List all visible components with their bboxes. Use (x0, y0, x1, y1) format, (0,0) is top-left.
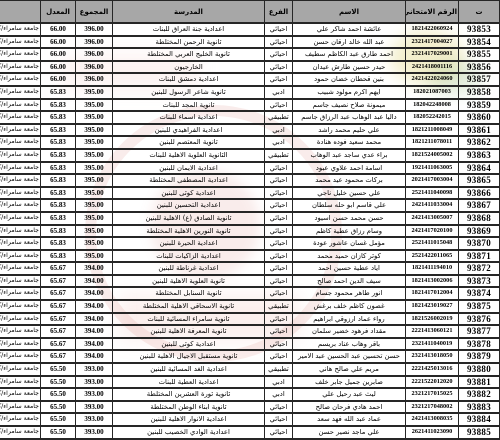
cell-average: 65.50 (41, 363, 76, 376)
cell-total: 395.00 (76, 174, 113, 187)
cell-school: ثانوية مستقبل الاجيال الاهلية للبنين (113, 350, 265, 363)
cell-seq: 93861 (459, 124, 500, 137)
cell-name: رواء عماد ارزوقي ابراهيم (293, 313, 406, 326)
cell-name: حيدر حسين طارش عيدان (293, 61, 406, 74)
cell-branch: احيائي (265, 275, 293, 288)
cell-branch: احيائي (265, 36, 293, 49)
cell-branch: احيائي (265, 250, 293, 263)
cell-branch: احيائي (265, 262, 293, 275)
cell-total: 393.00 (76, 413, 113, 426)
cell-exam_no: 2521422011065 (406, 250, 459, 263)
cell-acceptance: جامعة سامراء/كلية التربية (0, 162, 41, 175)
cell-average: 65.67 (41, 350, 76, 363)
cell-school: ثانوية العلوية الاهلية للبنين (113, 275, 265, 288)
cell-acceptance: جامعة سامراء/كلية التربية (0, 250, 41, 263)
cell-seq: 93885 (459, 426, 500, 439)
header-branch: الفرع (265, 1, 293, 24)
cell-total: 396.00 (76, 23, 113, 36)
cell-school: اعدادية الفراهيدي للبنين (113, 124, 265, 137)
cell-branch: ادبي (265, 124, 293, 137)
cell-school: اعدادية كوثى للبنين (113, 338, 265, 351)
cell-name: بركات محمود عيد محمد (293, 174, 406, 187)
cell-seq: 93882 (459, 388, 500, 401)
table-row: 938741821417012004انور طاهر محمود جساماح… (0, 287, 500, 300)
cell-acceptance: جامعة سامراء/كلية التربية (0, 36, 41, 49)
cell-exam_no: 2221413060121 (406, 325, 459, 338)
table-row: 938672421411033004علي قاسم ابو حله سلطان… (0, 199, 500, 212)
cell-total: 396.00 (76, 36, 113, 49)
cell-name: مريم علي صالح هاني (293, 363, 406, 376)
cell-total: 396.00 (76, 48, 113, 61)
cell-name: كوثر كازان حميد محمد (293, 250, 406, 263)
cell-branch: احيائي (265, 287, 293, 300)
cell-school: ثانوية النورين الاهلية المختلطة (113, 225, 265, 238)
cell-name: مقداد فرهود خضير سلمان (293, 325, 406, 338)
cell-seq: 93875 (459, 300, 500, 313)
results-page: ت الرقم الامتحاني الاسم الفرع المدرسة ال… (0, 0, 500, 440)
cell-branch: احيائي (265, 99, 293, 112)
cell-branch: ادبي (265, 376, 293, 389)
cell-acceptance: جامعة سامراء/كلية التربية (0, 111, 41, 124)
cell-seq: 93880 (459, 363, 500, 376)
table-row: 938832321217048002احمد هادي فرحان صالحاح… (0, 401, 500, 414)
cell-total: 395.00 (76, 99, 113, 112)
cell-school: اعدادية اسماء للبنات (113, 111, 265, 124)
cell-total: 393.00 (76, 363, 113, 376)
cell-branch: احيائي (265, 225, 293, 238)
cell-seq: 93862 (459, 136, 500, 149)
cell-total: 394.00 (76, 350, 113, 363)
cell-acceptance: جامعة سامراء/كلية التربية (0, 174, 41, 187)
cell-acceptance: جامعة سامراء/كلية التربية (0, 313, 41, 326)
table-row: 938641921411063005اسامة احمد علاوي عبودا… (0, 162, 500, 175)
cell-total: 395.00 (76, 237, 113, 250)
cell-exam_no: 2321417029001 (406, 48, 459, 61)
table-row: 938761821526002019رواء عماد ارزوقي ابراه… (0, 313, 500, 326)
cell-school: اعدادية الايمان للبنين (113, 162, 265, 175)
cell-total: 395.00 (76, 187, 113, 200)
cell-acceptance: جامعة سامراء/كلية التربية (0, 325, 41, 338)
cell-total: 393.00 (76, 426, 113, 439)
cell-exam_no: 2421411033004 (406, 199, 459, 212)
cell-branch: احيائي (265, 61, 293, 74)
cell-branch: احيائي (265, 350, 293, 363)
cell-average: 65.83 (41, 136, 76, 149)
cell-name: محمد سعيد فوده هنادة (293, 136, 406, 149)
cell-school: اعدادية الوادي الخصيب للبنين (113, 426, 265, 439)
cell-total: 393.00 (76, 388, 113, 401)
cell-seq: 93866 (459, 187, 500, 200)
cell-name: احمد طارق عبد الكاظم سطيف (293, 48, 406, 61)
cell-branch: احيائي (265, 48, 293, 61)
cell-average: 65.83 (41, 111, 76, 124)
table-row: 938822321217015025ليث عبد رحيل عليادبيثا… (0, 388, 500, 401)
results-body: 938531821422060924عائشة احمد شاكر علياحي… (0, 23, 500, 439)
cell-branch: احيائي (265, 174, 293, 187)
cell-school: اعدادية الانوار الاهلية للبنين (113, 413, 265, 426)
cell-acceptance: جامعة سامراء/كلية التربية (0, 376, 41, 389)
cell-branch: احيائي (265, 338, 293, 351)
cell-seq: 93879 (459, 350, 500, 363)
header-name: الاسم (293, 1, 406, 24)
cell-name: حسن تحسين عبد الحسين عبد الامير (293, 350, 406, 363)
cell-school: ثانوية السنابل المختلطة (113, 287, 265, 300)
cell-average: 65.83 (41, 212, 76, 225)
cell-name: ميمونة صلاح نصيف جاسم (293, 99, 406, 112)
cell-acceptance: جامعة سامراء/كلية التربية (0, 61, 41, 74)
cell-average: 65.83 (41, 237, 76, 250)
table-row: 93859182042248008ميمونة صلاح نصيف جاسماح… (0, 99, 500, 112)
cell-seq: 93868 (459, 212, 500, 225)
cell-name: ايهم اكرم مولود شبيب (293, 86, 406, 99)
cell-average: 65.83 (41, 174, 76, 187)
cell-exam_no: 1821211008049 (406, 124, 459, 137)
cell-average: 65.83 (41, 162, 76, 175)
cell-exam_no: 2421413008035 (406, 413, 459, 426)
table-row: 938782321411040019باقر وهاب عناد بريسماح… (0, 338, 500, 351)
cell-exam_no: 2321217015025 (406, 388, 459, 401)
cell-seq: 93876 (459, 313, 500, 326)
cell-total: 395.00 (76, 199, 113, 212)
cell-name: انور طاهر محمود جسام (293, 287, 406, 300)
table-row: 938792321413018050حسن تحسين عبد الحسين ع… (0, 350, 500, 363)
header-acceptance (0, 1, 41, 24)
cell-name: ليث عبد رحيل علي (293, 388, 406, 401)
cell-average: 65.83 (41, 86, 76, 99)
cell-average: 65.67 (41, 300, 76, 313)
cell-branch: احيائي (265, 73, 293, 86)
cell-exam_no: 2021417003004 (406, 174, 459, 187)
cell-name: علي ماجد نصير حسن (293, 426, 406, 439)
cell-acceptance: جامعة سامراء/كلية التربية (0, 149, 41, 162)
cell-branch: ادبي (265, 86, 293, 99)
cell-average: 65.50 (41, 413, 76, 426)
header-seq: ت (459, 1, 500, 24)
cell-total: 395.00 (76, 149, 113, 162)
cell-average: 65.50 (41, 376, 76, 389)
cell-average: 65.67 (41, 287, 76, 300)
cell-seq: 93870 (459, 237, 500, 250)
cell-average: 65.50 (41, 426, 76, 439)
cell-total: 395.00 (76, 124, 113, 137)
cell-exam_no: 2321417004027 (406, 36, 459, 49)
cell-seq: 93883 (459, 401, 500, 414)
cell-acceptance: جامعة سامراء/كلية التربية (0, 275, 41, 288)
cell-seq: 93867 (459, 199, 500, 212)
cell-average: 65.83 (41, 225, 76, 238)
table-row: 938662521411040098علي حسين خليل ناجياحيا… (0, 187, 500, 200)
cell-school: اعدادية الزاكيات للبنات (113, 250, 265, 263)
cell-school: ثانوية الخليج العربي المختلطة (113, 48, 265, 61)
cell-school: اعدادية جنة العراق للبنات (113, 23, 265, 36)
cell-branch: احيائي (265, 162, 293, 175)
table-row: 938802221425013016مريم علي صالح هانيتطبي… (0, 363, 500, 376)
table-row: 938852621411023090علي ماجد نصير حسناحيائ… (0, 426, 500, 439)
cell-total: 395.00 (76, 212, 113, 225)
cell-total: 394.00 (76, 325, 113, 338)
cell-exam_no: 1821422060924 (406, 23, 459, 36)
cell-seq: 93871 (459, 250, 500, 263)
cell-exam_no: 1821417012004 (406, 287, 459, 300)
cell-exam_no: 182021087003 (406, 86, 459, 99)
cell-exam_no: 2221522012020 (406, 376, 459, 389)
cell-school: اعدادية غرناطة للبنين (113, 262, 265, 275)
cell-exam_no: 1921411063005 (406, 162, 459, 175)
cell-branch: احيائي (265, 23, 293, 36)
cell-total: 394.00 (76, 300, 113, 313)
cell-school: ثانوية المعتصم للبنين (113, 136, 265, 149)
cell-branch: احيائي (265, 325, 293, 338)
cell-exam_no: 2321217048002 (406, 401, 459, 414)
cell-total: 395.00 (76, 86, 113, 99)
cell-school: اعدادية المصطفى المختلطة (113, 174, 265, 187)
table-row: 93860182052242015داليا عبد الوهاب عبد ال… (0, 111, 500, 124)
cell-school: ثانوية ثورة العشرين المختلطة (113, 388, 265, 401)
cell-school: اعدادية العطية للبنات (113, 376, 265, 389)
cell-exam_no: 2421422024060 (406, 73, 459, 86)
cell-school: اعدادية التحسين للبنين (113, 199, 265, 212)
cell-seq: 93857 (459, 73, 500, 86)
cell-average: 65.67 (41, 275, 76, 288)
cell-name: براء عدي ساجد عبد الوهاب (293, 149, 406, 162)
cell-seq: 93872 (459, 262, 500, 275)
cell-name: حسن محمد حسن اسيود (293, 212, 406, 225)
cell-exam_no: 2421413005007 (406, 212, 459, 225)
cell-name: اسامة احمد علاوي عبود (293, 162, 406, 175)
cell-name: صابرين جميل جابر خلف (293, 376, 406, 389)
cell-total: 393.00 (76, 401, 113, 414)
table-row: 938842421413008035عماد عبد الله فهد سعدا… (0, 413, 500, 426)
cell-school: اعدادية الغد المسائية للبنين (113, 363, 265, 376)
cell-acceptance: جامعة سامراء/كلية التربية (0, 363, 41, 376)
cell-branch: احيائي (265, 313, 293, 326)
header-total: المجموع (76, 1, 113, 24)
cell-exam_no: 2321411040019 (406, 338, 459, 351)
cell-average: 65.83 (41, 149, 76, 162)
cell-school: الثانوية العلوية الاهلية للبنات (113, 149, 265, 162)
header-average: المعدل (41, 1, 76, 24)
header-school: المدرسة (113, 1, 265, 24)
cell-seq: 93856 (459, 61, 500, 74)
cell-name: اياد عطية حسين احمد (293, 262, 406, 275)
cell-acceptance: جامعة سامراء/كلية التربية (0, 136, 41, 149)
cell-name: بنين قحطان خضان حمود (293, 73, 406, 86)
table-row: 938562421418001116حيدر حسين طارش عيداناح… (0, 61, 500, 74)
cell-name: مؤمل غسان عاشور عودة (293, 237, 406, 250)
cell-branch: ادبي (265, 136, 293, 149)
cell-seq: 93869 (459, 225, 500, 238)
header-exam-no: الرقم الامتحاني (406, 1, 459, 24)
cell-total: 395.00 (76, 111, 113, 124)
cell-seq: 93859 (459, 99, 500, 112)
cell-school: الخارجيون (113, 61, 265, 74)
cell-acceptance: جامعة سامراء/كلية التربية (0, 401, 41, 414)
cell-average: 65.83 (41, 199, 76, 212)
cell-acceptance: جامعة سامراء/كلية التربية (0, 426, 41, 439)
cell-school: ثانوية المعرفة الاهلية للبنين (113, 325, 265, 338)
cell-name: عائشة احمد شاكر علي (293, 23, 406, 36)
cell-branch: احيائي (265, 426, 293, 439)
cell-total: 394.00 (76, 287, 113, 300)
cell-average: 65.83 (41, 99, 76, 112)
cell-acceptance: جامعة سامراء/كلية التربية (0, 237, 41, 250)
table-row: 938772221413060121مقداد فرهود خضير سلمان… (0, 325, 500, 338)
cell-acceptance: جامعة سامراء/كلية التربية (0, 413, 41, 426)
table-row: 938552321417029001احمد طارق عبد الكاظم س… (0, 48, 500, 61)
cell-acceptance: جامعة سامراء/كلية التربية (0, 124, 41, 137)
cell-name: علي حليم محمد راشد (293, 124, 406, 137)
table-row: 938731821413002006سيف الدين احمد صالحاحي… (0, 275, 500, 288)
cell-total: 394.00 (76, 262, 113, 275)
cell-school: ثانوية الصادق (ع) الاهلية للبنين (113, 212, 265, 225)
cell-seq: 93854 (459, 36, 500, 49)
cell-acceptance: جامعة سامراء/كلية التربية (0, 262, 41, 275)
cell-branch: احيائي (265, 401, 293, 414)
cell-school: ثانوية شاعر الرسول للبنين (113, 86, 265, 99)
cell-acceptance: جامعة سامراء/كلية التربية (0, 23, 41, 36)
cell-acceptance: جامعة سامراء/كلية التربية (0, 73, 41, 86)
cell-acceptance: جامعة سامراء/كلية التربية (0, 225, 41, 238)
cell-total: 395.00 (76, 162, 113, 175)
cell-seq: 93855 (459, 48, 500, 61)
cell-branch: احيائي (265, 413, 293, 426)
cell-branch: احيائي (265, 237, 293, 250)
cell-exam_no: 1821411194010 (406, 262, 459, 275)
cell-average: 65.50 (41, 401, 76, 414)
cell-average: 65.67 (41, 262, 76, 275)
cell-school: ثانوية المجد للبنات (113, 99, 265, 112)
cell-branch: تطبيقي (265, 149, 293, 162)
cell-school: ثانوية الرحمن المختلطة (113, 36, 265, 49)
cell-exam_no: 2421418001116 (406, 61, 459, 74)
cell-branch: تطبيقي (265, 300, 293, 313)
table-row: 938692421417020100وسام رزاق عطية كاظماحي… (0, 225, 500, 238)
cell-seq: 93864 (459, 162, 500, 175)
table-row: 938611821211008049علي حليم محمد راشدادبي… (0, 124, 500, 137)
cell-average: 66.00 (41, 36, 76, 49)
exam-results-table: ت الرقم الامتحاني الاسم الفرع المدرسة ال… (0, 0, 500, 440)
cell-branch: ادبي (265, 388, 293, 401)
cell-exam_no: 1821524005002 (406, 149, 459, 162)
cell-name: غصون كاظم خلف برغش (293, 300, 406, 313)
table-row: 938751821423019027غصون كاظم خلف برغشتطبي… (0, 300, 500, 313)
cell-seq: 93884 (459, 413, 500, 426)
cell-seq: 93881 (459, 376, 500, 389)
table-row: 938652021417003004بركات محمود عيد محمداح… (0, 174, 500, 187)
table-row: 938621821211078011محمد سعيد فوده هنادةاد… (0, 136, 500, 149)
cell-average: 66.00 (41, 48, 76, 61)
cell-average: 65.83 (41, 124, 76, 137)
cell-average: 65.67 (41, 313, 76, 326)
cell-name: علي حسين خليل ناجي (293, 187, 406, 200)
cell-average: 66.00 (41, 61, 76, 74)
cell-seq: 93874 (459, 287, 500, 300)
cell-total: 394.00 (76, 275, 113, 288)
cell-total: 394.00 (76, 313, 113, 326)
cell-total: 393.00 (76, 376, 113, 389)
cell-acceptance: جامعة سامراء/كلية التربية (0, 338, 41, 351)
cell-exam_no: 1821423019027 (406, 300, 459, 313)
table-row: 938631821524005002براء عدي ساجد عبد الوه… (0, 149, 500, 162)
cell-total: 396.00 (76, 73, 113, 86)
table-row: 938682421413005007حسن محمد حسن اسيوداحيا… (0, 212, 500, 225)
cell-school: ثانوية ابناء الوطن المختلطة (113, 401, 265, 414)
cell-acceptance: جامعة سامراء/كلية التربية (0, 212, 41, 225)
cell-acceptance: جامعة سامراء/كلية التربية (0, 388, 41, 401)
cell-average: 65.67 (41, 338, 76, 351)
cell-acceptance: جامعة سامراء/كلية التربية (0, 350, 41, 363)
cell-seq: 93863 (459, 149, 500, 162)
cell-exam_no: 2321413018050 (406, 350, 459, 363)
cell-exam_no: 1821526002019 (406, 313, 459, 326)
cell-average: 66.00 (41, 73, 76, 86)
cell-name: وسام رزاق عطية كاظم (293, 225, 406, 238)
cell-name: باقر وهاب عناد بريسم (293, 338, 406, 351)
cell-seq: 93878 (459, 338, 500, 351)
cell-name: احمد هادي فرحان صالح (293, 401, 406, 414)
cell-exam_no: 1821211078011 (406, 136, 459, 149)
cell-school: اعدادية الحيرة للبنين (113, 237, 265, 250)
cell-acceptance: جامعة سامراء/كلية التربية (0, 187, 41, 200)
cell-seq: 93877 (459, 325, 500, 338)
cell-total: 395.00 (76, 136, 113, 149)
cell-exam_no: 2521411015048 (406, 237, 459, 250)
cell-seq: 93873 (459, 275, 500, 288)
cell-seq: 93860 (459, 111, 500, 124)
cell-branch: احيائي (265, 212, 293, 225)
table-row: 938542321417004027عبد الله خالد ارقان حس… (0, 36, 500, 49)
cell-name: داليا عبد الوهاب عبد الرزاق جاسم (293, 111, 406, 124)
cell-average: 65.50 (41, 388, 76, 401)
cell-seq: 93865 (459, 174, 500, 187)
cell-average: 65.67 (41, 325, 76, 338)
cell-seq: 93858 (459, 86, 500, 99)
cell-total: 395.00 (76, 250, 113, 263)
cell-exam_no: 2521411040098 (406, 187, 459, 200)
cell-acceptance: جامعة سامراء/كلية التربية (0, 86, 41, 99)
table-row: 938531821422060924عائشة احمد شاكر علياحي… (0, 23, 500, 36)
cell-total: 395.00 (76, 225, 113, 238)
cell-seq: 93853 (459, 23, 500, 36)
cell-exam_no: 1821413002006 (406, 275, 459, 288)
cell-acceptance: جامعة سامراء/كلية التربية (0, 48, 41, 61)
cell-school: اعدادية كوثى للبنين (113, 187, 265, 200)
cell-exam_no: 182052242015 (406, 111, 459, 124)
cell-branch: احيائي (265, 187, 293, 200)
table-row: 938721821411194010اياد عطية حسين احمداحي… (0, 262, 500, 275)
cell-acceptance: جامعة سامراء/كلية التربية (0, 300, 41, 313)
cell-exam_no: 2421417020100 (406, 225, 459, 238)
cell-acceptance: جامعة سامراء/كلية التربية (0, 199, 41, 212)
cell-name: سيف الدين احمد صالح (293, 275, 406, 288)
cell-name: عماد عبد الله فهد سعد (293, 413, 406, 426)
cell-exam_no: 2621411023090 (406, 426, 459, 439)
cell-exam_no: 2221425013016 (406, 363, 459, 376)
header-row: ت الرقم الامتحاني الاسم الفرع المدرسة ال… (0, 1, 500, 24)
cell-total: 394.00 (76, 338, 113, 351)
cell-name: عبد الله خالد ارقان حسن (293, 36, 406, 49)
table-header: ت الرقم الامتحاني الاسم الفرع المدرسة ال… (0, 1, 500, 24)
cell-average: 65.83 (41, 250, 76, 263)
cell-branch: احيائي (265, 199, 293, 212)
cell-exam_no: 182042248008 (406, 99, 459, 112)
cell-average: 66.00 (41, 23, 76, 36)
cell-school: ثانوية سامراء المسائية للبنات (113, 313, 265, 326)
table-row: 938702521411015048مؤمل غسان عاشور عودةاح… (0, 237, 500, 250)
cell-branch: تطبيقي (265, 111, 293, 124)
cell-acceptance: جامعة سامراء/كلية التربية (0, 99, 41, 112)
table-row: 938812221522012020صابرين جميل جابر خلفاد… (0, 376, 500, 389)
